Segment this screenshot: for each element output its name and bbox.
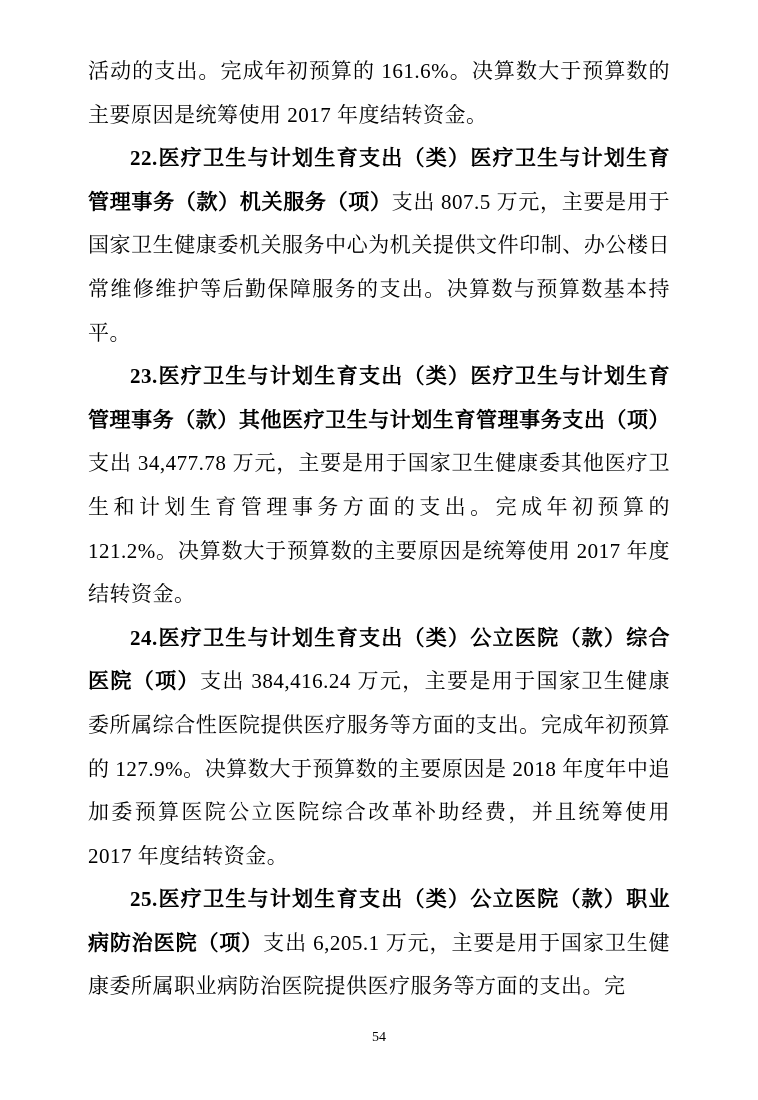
- page-number: 54: [0, 1028, 758, 1048]
- body-text-segment: 支出 34,477.78 万元，主要是用于国家卫生健康委其他医疗卫生和计划生育管…: [88, 451, 670, 606]
- body-text-segment: 支出 384,416.24 万元，主要是用于国家卫生健康委所属综合性医院提供医疗…: [88, 669, 670, 867]
- para-item-22: 22.医疗卫生与计划生育支出（类）医疗卫生与计划生育管理事务（款）机关服务（项）…: [88, 137, 670, 355]
- para-item-24: 24.医疗卫生与计划生育支出（类）公立医院（款）综合医院（项）支出 384,41…: [88, 617, 670, 879]
- para-item-25: 25.医疗卫生与计划生育支出（类）公立医院（款）职业病防治医院（项）支出 6,2…: [88, 878, 670, 1009]
- document-page: 活动的支出。完成年初预算的 161.6%。决算数大于预算数的主要原因是统筹使用 …: [0, 0, 758, 1100]
- item-heading-segment: 23.医疗卫生与计划生育支出（类）医疗卫生与计划生育管理事务（款）其他医疗卫生与…: [88, 364, 670, 432]
- para-continuation: 活动的支出。完成年初预算的 161.6%。决算数大于预算数的主要原因是统筹使用 …: [88, 50, 670, 137]
- para-item-23: 23.医疗卫生与计划生育支出（类）医疗卫生与计划生育管理事务（款）其他医疗卫生与…: [88, 355, 670, 617]
- body-text-segment: 活动的支出。完成年初预算的 161.6%。决算数大于预算数的主要原因是统筹使用 …: [88, 59, 670, 127]
- document-body: 活动的支出。完成年初预算的 161.6%。决算数大于预算数的主要原因是统筹使用 …: [88, 50, 670, 1009]
